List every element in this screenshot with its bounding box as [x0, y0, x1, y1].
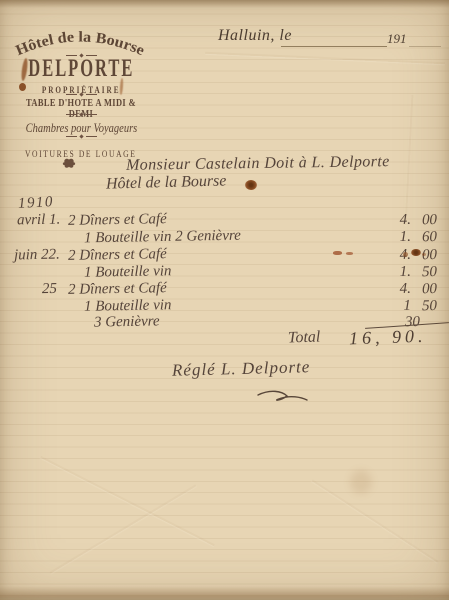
entry-francs: 1 — [385, 298, 411, 315]
entry-description: 1 Bouteille vin — [84, 263, 172, 282]
entry-francs: 4. — [385, 281, 411, 298]
total-amount: 16, 90. — [349, 326, 427, 350]
paper-crease — [312, 479, 439, 562]
entry-description: 1 Bouteille vin 2 Genièvre — [84, 228, 241, 248]
entry-francs: 4. — [385, 247, 411, 264]
paper-crease — [205, 52, 445, 64]
faint-smudge — [350, 470, 372, 494]
entry-date: avril 1. — [17, 212, 61, 230]
entry-description: 2 Dîners et Café — [68, 246, 167, 265]
scan-edge-top — [0, 0, 449, 8]
scan-edge-bottom — [0, 586, 449, 600]
letterhead-name: DELPORTE — [0, 55, 162, 83]
ledger-row: juin 22. 2 Dîners et Café 4. 00 — [0, 247, 449, 265]
heading-hotel-line: Hôtel de la Bourse — [106, 172, 227, 193]
paper-crease — [40, 456, 215, 546]
entry-date: 25 — [42, 281, 57, 298]
entry-centimes: 60 — [422, 229, 449, 247]
divider-ornament-icon — [0, 113, 162, 116]
scanned-invoice-page: Halluin, le 191 Hôtel de la Bourse DELPO… — [0, 0, 449, 600]
entry-centimes: 00 — [422, 247, 449, 265]
entry-description: 2 Dîners et Café — [68, 211, 167, 230]
entry-centimes: 00 — [422, 212, 449, 230]
entry-centimes: 50 — [422, 264, 449, 282]
ledger-row: 1 Bouteille vin 1. 50 — [0, 264, 449, 282]
total-label: Total — [288, 328, 321, 347]
dateline-blank-rule — [281, 46, 387, 47]
entry-date: juin 22. — [14, 247, 60, 265]
entry-francs: 1. — [385, 264, 411, 281]
ink-stain — [245, 180, 257, 190]
entry-centimes: 50 — [422, 298, 449, 316]
heading-debtor-line: Monsieur Castelain Doit à L. Delporte — [126, 153, 390, 175]
paper-crease — [50, 484, 197, 573]
signature-flourish-icon — [254, 388, 310, 406]
ledger-row: 1 Bouteille vin 2 Genièvre 1. 60 — [0, 229, 449, 247]
fleuron-icon — [61, 158, 77, 169]
dateline-place: Halluin, le — [218, 27, 292, 45]
dateline-blank-rule-2 — [409, 46, 441, 47]
entry-description: 2 Dîners et Café — [68, 280, 167, 299]
signature-text: Réglé L. Delporte — [172, 357, 311, 381]
divider-ornament-icon — [0, 135, 162, 138]
entry-centimes: 00 — [422, 281, 449, 299]
entry-description: 3 Genièvre — [94, 313, 160, 331]
ledger-year: 1910 — [18, 194, 55, 213]
dateline-year: 191 — [387, 31, 407, 47]
entry-francs: 4. — [385, 212, 411, 229]
divider-ornament-icon — [0, 93, 162, 96]
paper-crease — [405, 95, 414, 225]
ledger-row: 25 2 Dîners et Café 4. 00 — [0, 281, 449, 299]
entry-francs: 1. — [385, 229, 411, 246]
